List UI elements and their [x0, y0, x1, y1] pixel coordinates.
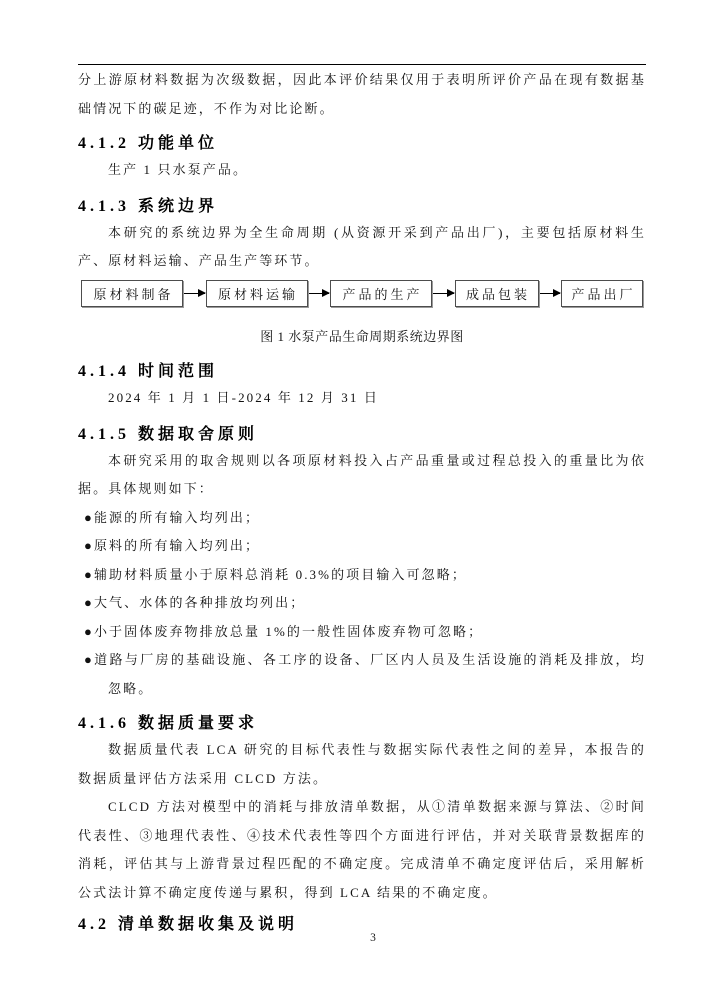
cutoff-rule-item: ●辅助材料质量小于原料总消耗 0.3%的项目输入可忽略；	[78, 561, 646, 590]
right-arrow-icon	[309, 293, 330, 295]
cutoff-rules-list: ●能源的所有输入均列出； ●原料的所有输入均列出； ●辅助材料质量小于原料总消耗…	[78, 504, 646, 704]
heading-4-1-6: 4.1.6 数据质量要求	[78, 712, 646, 736]
document-page: { "doc": { "intro": "分上游原材料数据为次级数据，因此本评价…	[0, 0, 710, 1005]
cutoff-rule-item: ●大气、水体的各种排放均列出；	[78, 589, 646, 618]
cutoff-rule-item: ●原料的所有输入均列出；	[78, 532, 646, 561]
cutoff-rule-item: ●道路与厂房的基础设施、各工序的设备、厂区内人员及生活设施的消耗及排放，均忽略。	[78, 646, 646, 703]
cutoff-rule-item: ●小于固体废弃物排放总量 1%的一般性固体废弃物可忽略；	[78, 618, 646, 647]
page-number: 3	[78, 932, 668, 944]
page-content: 分上游原材料数据为次级数据，因此本评价结果仅用于表明所评价产品在现有数据基础情况…	[78, 64, 646, 937]
data-quality-paragraph-2: CLCD 方法对模型中的消耗与排放清单数据，从①清单数据来源与算法、②时间代表性…	[78, 793, 646, 907]
data-quality-paragraph-1: 数据质量代表 LCA 研究的目标代表性与数据实际代表性之间的差异，本报告的数据质…	[78, 736, 646, 793]
heading-4-1-2: 4.1.2 功能单位	[78, 132, 646, 156]
cutoff-lead-text: 本研究采用的取舍规则以各项原材料投入占产品重量或过程总投入的重量比为依据。具体规…	[78, 447, 646, 504]
heading-4-1-5: 4.1.5 数据取舍原则	[78, 423, 646, 447]
flow-step-finished-packaging: 成品包装	[455, 280, 539, 307]
figure-1-caption: 图 1 水泵产品生命周期系统边界图	[78, 323, 646, 352]
time-range-text: 2024 年 1 月 1 日-2024 年 12 月 31 日	[78, 384, 646, 413]
intro-paragraph: 分上游原材料数据为次级数据，因此本评价结果仅用于表明所评价产品在现有数据基础情况…	[78, 66, 646, 123]
flow-step-raw-material-preparation: 原材料制备	[81, 280, 183, 307]
heading-4-1-4: 4.1.4 时间范围	[78, 360, 646, 384]
flow-step-raw-material-transport: 原材料运输	[206, 280, 308, 307]
right-arrow-icon	[433, 293, 454, 295]
header-divider	[78, 64, 646, 65]
system-boundary-text: 本研究的系统边界为全生命周期 (从资源开采到产品出厂)，主要包括原材料生产、原材…	[78, 219, 646, 276]
functional-unit-text: 生产 1 只水泵产品。	[78, 156, 646, 185]
right-arrow-icon	[184, 293, 205, 295]
heading-4-1-3: 4.1.3 系统边界	[78, 195, 646, 219]
flow-step-product-manufacturing: 产品的生产	[330, 280, 432, 307]
cutoff-rule-item: ●能源的所有输入均列出；	[78, 504, 646, 533]
flow-step-product-leaving-factory: 产品出厂	[561, 280, 643, 307]
right-arrow-icon	[540, 293, 561, 295]
lifecycle-flowchart: 原材料制备 原材料运输 产品的生产 成品包装 产品出厂	[81, 279, 643, 309]
